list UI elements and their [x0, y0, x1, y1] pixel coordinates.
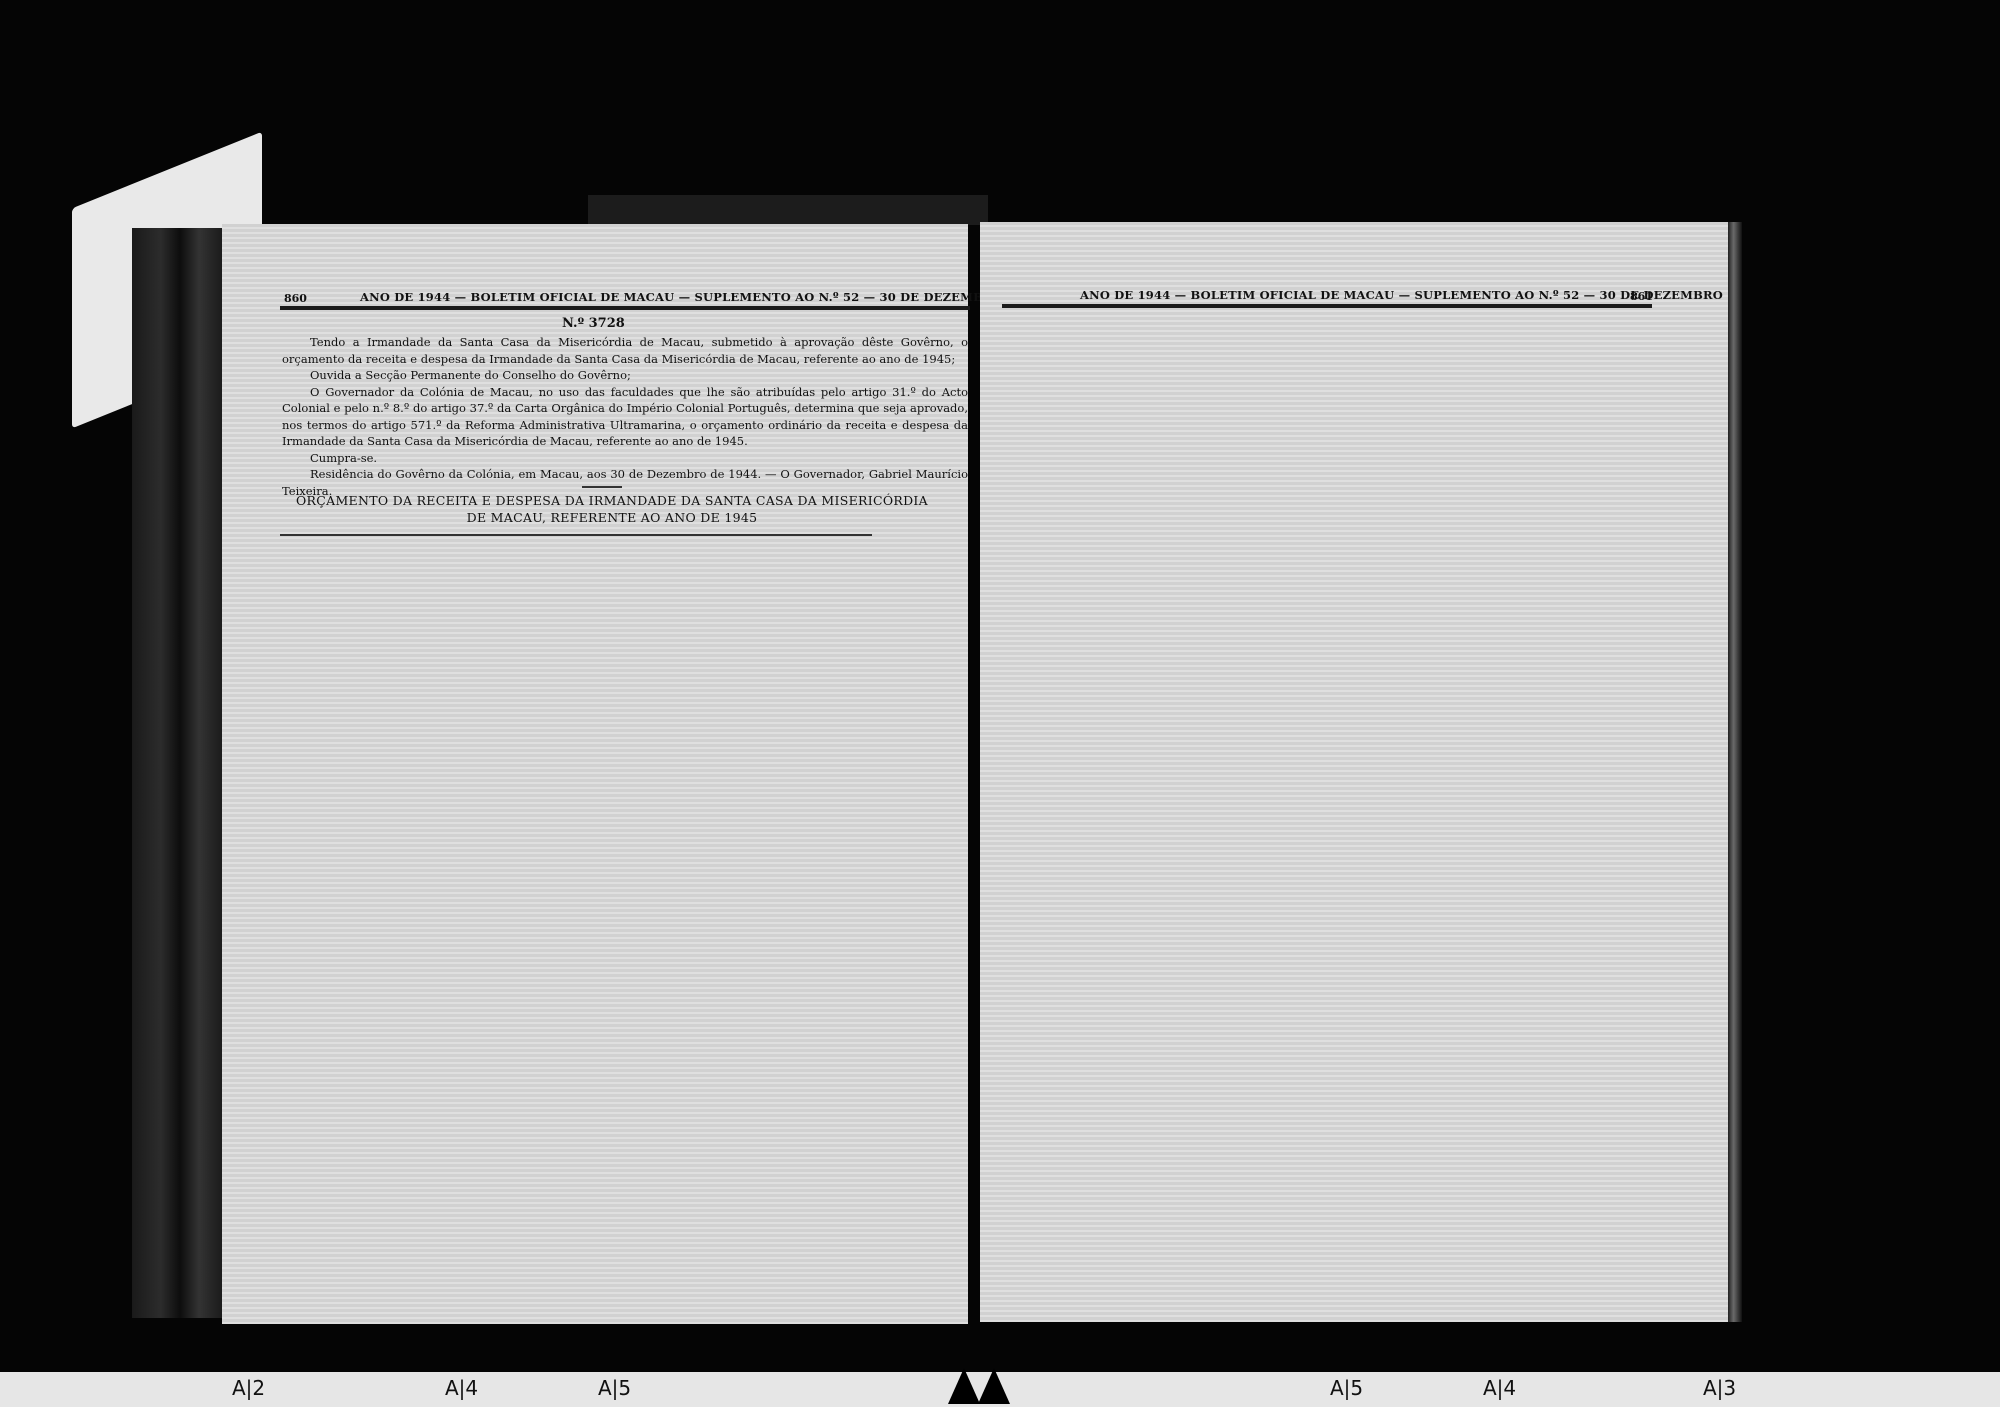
- center-marker-icon: [948, 1368, 980, 1404]
- frame-mark: A|4: [1483, 1376, 1516, 1400]
- preamble-paragraph: O Governador da Colónia de Macau, no uso…: [282, 384, 968, 450]
- running-head: ANO DE 1944 — BOLETIM OFICIAL DE MACAU —…: [1080, 288, 1723, 302]
- book-spine-top: [588, 195, 988, 225]
- left-page: 860 ANO DE 1944 — BOLETIM OFICIAL DE MAC…: [222, 224, 968, 1324]
- page-edge: [1728, 222, 1742, 1322]
- page-number: 860: [284, 292, 307, 305]
- running-head: ANO DE 1944 — BOLETIM OFICIAL DE MACAU —…: [360, 290, 1003, 304]
- frame-mark: A|5: [1330, 1376, 1363, 1400]
- center-marker-icon: [978, 1368, 1010, 1404]
- budget-title-line: ORÇAMENTO DA RECEITA E DESPESA DA IRMAND…: [262, 492, 962, 509]
- frame-mark: A|2: [232, 1376, 265, 1400]
- preamble: Tendo a Irmandade da Santa Casa da Miser…: [282, 334, 968, 499]
- budget-title-line: DE MACAU, REFERENTE AO ANO DE 1945: [262, 509, 962, 526]
- preamble-paragraph: Tendo a Irmandade da Santa Casa da Miser…: [282, 334, 968, 367]
- preamble-paragraph: Cumpra-se.: [282, 450, 968, 467]
- frame-mark: A|5: [598, 1376, 631, 1400]
- book-spine: [132, 228, 228, 1318]
- film-strip: A|2 A|4 A|5 A|5 A|4 A|3: [0, 1372, 2000, 1407]
- preamble-paragraph: Ouvida a Secção Permanente do Conselho d…: [282, 367, 968, 384]
- right-page: ANO DE 1944 — BOLETIM OFICIAL DE MACAU —…: [980, 222, 1730, 1322]
- table-top-rule: [280, 534, 872, 536]
- frame-mark: A|3: [1703, 1376, 1736, 1400]
- separator: [582, 486, 622, 488]
- header-rule: [280, 306, 970, 310]
- header-rule: [1002, 304, 1652, 308]
- decree-number: N.º 3728: [562, 316, 625, 331]
- frame-mark: A|4: [445, 1376, 478, 1400]
- page-number: 861: [1630, 290, 1653, 303]
- budget-title: ORÇAMENTO DA RECEITA E DESPESA DA IRMAND…: [262, 492, 962, 526]
